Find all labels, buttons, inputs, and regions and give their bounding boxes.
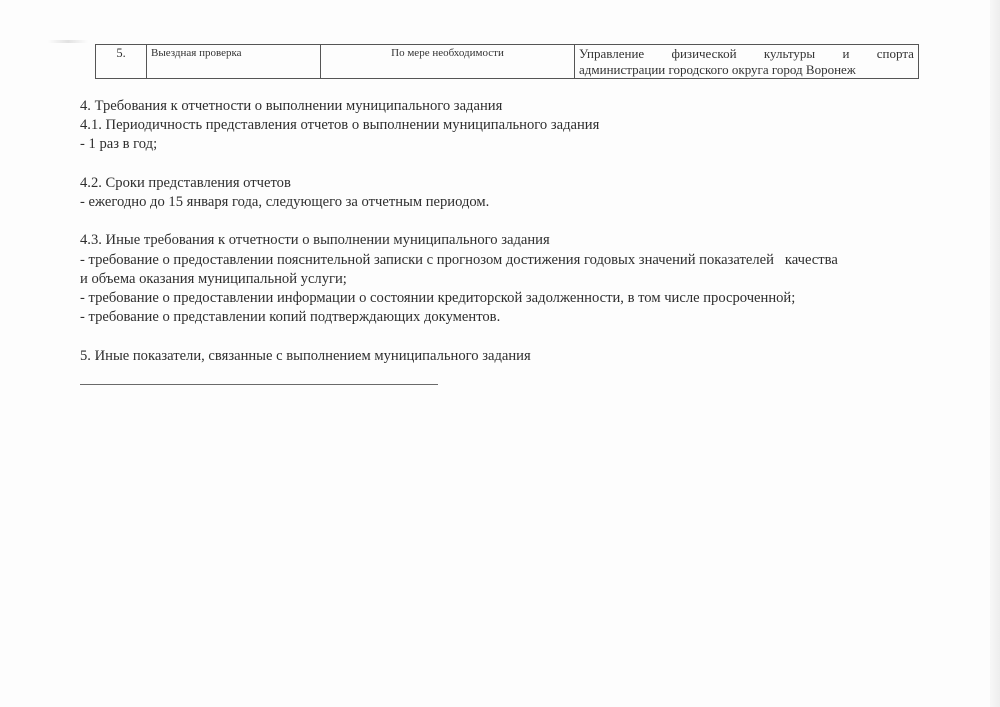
section-4-3-item: - требование о предоставлении информации…: [80, 289, 960, 308]
section-4-1-item: - 1 раз в год;: [80, 135, 960, 154]
section-4-3-item: и объема оказания муниципальной услуги;: [80, 270, 960, 289]
section-5-heading: 5. Иные показатели, связанные с выполнен…: [80, 347, 960, 366]
fill-in-underline: [80, 384, 438, 385]
section-4-3-item: - требование о представлении копий подтв…: [80, 308, 960, 327]
authority-line-2: администрации городского округа город Во…: [579, 62, 914, 78]
section-4-3-item: - требование о предоставлении пояснитель…: [80, 251, 960, 270]
document-body: 4. Требования к отчетности о выполнении …: [80, 97, 960, 366]
authority-line-1: Управление физической культуры и спорта: [579, 46, 914, 62]
section-4-3-heading: 4.3. Иные требования к отчетности о выпо…: [80, 231, 960, 250]
authority-word: и: [842, 46, 849, 62]
control-form-cell: Выездная проверка: [147, 45, 321, 79]
authority-word: культуры: [764, 46, 815, 62]
authority-cell: Управление физической культуры и спорта …: [575, 45, 919, 79]
section-4-2-heading: 4.2. Сроки представления отчетов: [80, 174, 960, 193]
scan-artifact: [48, 40, 88, 43]
authority-word: спорта: [877, 46, 914, 62]
table-row: 5. Выездная проверка По мере необходимос…: [96, 45, 919, 79]
page-edge-shadow: [990, 0, 1000, 707]
row-number-cell: 5.: [96, 45, 147, 79]
spacer: [80, 212, 960, 231]
spacer: [80, 155, 960, 174]
frequency-cell: По мере необходимости: [321, 45, 575, 79]
section-4-heading: 4. Требования к отчетности о выполнении …: [80, 97, 960, 116]
spacer: [80, 327, 960, 346]
section-4-1-heading: 4.1. Периодичность представления отчетов…: [80, 116, 960, 135]
authority-word: Управление: [579, 46, 644, 62]
authority-word: физической: [672, 46, 737, 62]
section-4-2-item: - ежегодно до 15 января года, следующего…: [80, 193, 960, 212]
control-measures-table: 5. Выездная проверка По мере необходимос…: [95, 44, 919, 79]
